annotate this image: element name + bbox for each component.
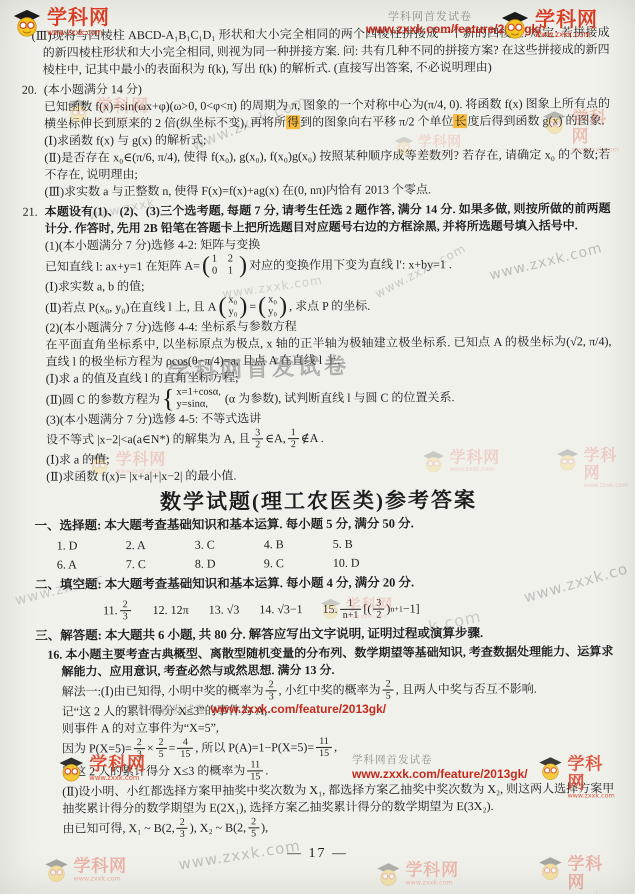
q21-option3-body: 设不等式 |x−2|<a(a∈N*) 的解集为 A, 且32∈A,12∉A . <box>46 425 612 451</box>
highlighted-char: 长 <box>453 114 467 128</box>
q16-l5-end: . <box>265 762 268 779</box>
vector-row: y₀ <box>268 306 277 318</box>
q16-part2-distributions: 由已知可得, X₁ ~ B(2,23), X₂ ~ B(2,25), <box>26 814 614 841</box>
vector-row: x₀ <box>228 294 237 306</box>
opt3-body-pre: 设不等式 |x−2|<a(a∈N*) 的解集为 A, 且 <box>46 430 250 448</box>
vector-x0y0: (x₀y₀) <box>258 294 287 318</box>
faint-logo-watermark: 学科网www.zxxk.com <box>374 860 459 889</box>
logo-site-url: www.zxxk.com <box>405 879 459 887</box>
equals-sign: = <box>169 740 176 757</box>
logo-brand-text: 学科网 <box>47 6 110 28</box>
question-20: 20. (本小题满分 14 分) 已知函数 f(x)=sin(ωx+φ)(ω>0… <box>22 78 611 201</box>
logo-brand-text: 学科网 <box>405 860 459 879</box>
answer-choice: 7. C <box>126 555 195 574</box>
highlighted-char: 得 <box>286 115 300 129</box>
question-19-part3: (Ⅲ)现将与四棱柱 ABCD-A₁B₁C₁D₁ 形状和大小完全相同的两个四棱柱拼… <box>22 24 610 79</box>
bee-mascot-icon <box>374 860 403 889</box>
fraction: 23 <box>266 679 277 702</box>
matrix-row: 1 2 <box>212 253 237 265</box>
vector-paren: ( <box>258 295 266 317</box>
scanned-exam-page: 学科网 www.zxxk.com 学科网首发试卷 www.zxxk.com/fe… <box>0 0 635 894</box>
fill-answer-14: 14. √3−1 <box>259 601 302 618</box>
fraction: 25 <box>383 679 394 702</box>
exam-text-body: (Ⅲ)现将与四棱柱 ABCD-A₁B₁C₁D₁ 形状和大小完全相同的两个四棱柱拼… <box>22 24 615 841</box>
header-slogan: 学科网首发试卷 <box>388 8 472 24</box>
times-sign: × <box>147 740 154 757</box>
q21-option3-part2: (Ⅱ)求函数 f(x)= |x+a|+|x−2| 的最小值. <box>46 465 612 485</box>
q21-option2-part2: (Ⅱ)圆 C 的参数方程为{x=1+cosα,y=sinα,(α 为参数), 试… <box>46 384 612 411</box>
q16-l4-end: , <box>334 739 337 756</box>
fill-answers-row: 11.23 12. 12π 13. √3 14. √3−1 15.1n+1[(3… <box>103 592 613 625</box>
system-row: x=1+cosα, <box>176 387 221 399</box>
fraction: 32 <box>252 427 263 450</box>
vector-paren: ) <box>279 295 287 317</box>
q20-body-post: 度后得到函数 g(x) 的图象. <box>467 113 604 128</box>
answer-choice: 1. D <box>57 536 126 555</box>
answer-choice: 10. D <box>333 553 402 572</box>
question-20-part2: (Ⅱ)是否存在 x₀∈(π/6, π/4), 使得 f(x₀), g(x₀), … <box>44 146 610 183</box>
matrix-A: (1 20 1) <box>202 253 247 277</box>
question-21: 21. 本题设有(1)、(2)、(3)三个选考题, 每题 7 分, 请考生任选 … <box>23 200 613 486</box>
question-20-number: 20. <box>22 82 37 99</box>
answer-choice: 8. D <box>195 554 264 573</box>
fill-answer-15: 15.1n+1[(32)n+1−1] <box>323 597 420 621</box>
question-20-part3: (Ⅲ)求实数 a 与正整数 n, 使得 F(x)=f(x)+ag(x) 在(0,… <box>44 180 610 200</box>
matrix-row: 0 1 <box>212 265 237 277</box>
fill-answer-13: 13. √3 <box>209 601 240 618</box>
q21-option2-body: 在平面直角坐标系中, 以坐标原点为极点, x 轴的正半轴为极轴建立极坐标系. 已… <box>45 333 611 370</box>
equals-sign: = <box>249 298 256 315</box>
system-row: y=sinα, <box>176 399 221 411</box>
fraction: 1n+1 <box>340 597 362 620</box>
fraction: 415 <box>177 737 193 760</box>
vector-x0y0: (x₀y₀) <box>218 294 247 318</box>
q16-part2-setup: (Ⅱ)设小明、小红都选择方案甲抽奖中奖次数为 X₁, 都选择方案乙抽奖中奖次数为… <box>26 780 614 818</box>
vector-paren: ( <box>218 296 226 318</box>
q16-sol-post: , 且两人中奖与否互不影响. <box>396 681 537 699</box>
question-21-number: 21. <box>23 204 38 221</box>
opt2-p2-post: (α 为参数), 试判断直线 l 与圆 C 的位置关系. <box>225 389 455 407</box>
fraction: 23 <box>177 817 188 840</box>
q16-sol-pre: 解法一:(Ⅰ)由已知得, 小明中奖的概率为 <box>62 682 264 700</box>
fraction: 1115 <box>247 759 263 782</box>
system-brace: { <box>162 387 175 411</box>
fill-answer-12: 12. 12π <box>153 601 189 618</box>
matrix-paren: ( <box>202 255 210 277</box>
section2-header: 二、填空题: 本大题考查基础知识和基本运算. 每小题 4 分, 满分 20 分. <box>35 573 613 594</box>
answer-choice: 5. B <box>333 534 402 553</box>
parametric-system: {x=1+cosα,y=sinα, <box>162 387 223 411</box>
fraction: 25 <box>248 816 259 839</box>
q16-intro: 16. 本小题主要考查古典概型、离散型随机变量的分布列、数学期望等基础知识, 考… <box>25 643 613 681</box>
matrix-paren: ) <box>239 254 247 276</box>
opt3-body-mid: ∈A, <box>265 430 286 447</box>
q16-l5-pre: 即这 2 人的累计得分 X≤3 的概率为 <box>62 762 245 780</box>
fraction: 32 <box>373 597 384 620</box>
fill-answer-11: 11.23 <box>103 599 133 622</box>
answer-choice: 4. B <box>264 535 333 554</box>
vector-paren: ) <box>239 295 247 317</box>
q21-option1-part2: (Ⅱ)若点 P(x₀, y₀)在直线 l 上, 且 A(x₀y₀)=(x₀y₀)… <box>45 292 611 319</box>
choice-answers-row2: 6. A 7. C 8. D 9. C 10. D <box>57 552 613 574</box>
fraction: 1115 <box>316 736 332 759</box>
opt1-body-pre: 已知直线 l: ax+y=1 在矩阵 A= <box>45 257 200 275</box>
q16-p2b-pre: 由已知可得, X₁ ~ B(2, <box>62 820 174 838</box>
opt3-body-post: ∉A . <box>301 430 324 447</box>
opt1-body-post: 对应的变换作用下变为直线 l′: x+by=1 . <box>249 256 452 274</box>
fraction: 23 <box>134 737 145 760</box>
opt1-p2-pre: (Ⅱ)若点 P(x₀, y₀)在直线 l 上, 且 A <box>45 298 216 316</box>
question-21-instructions: 本题设有(1)、(2)、(3)三个选考题, 每题 7 分, 请考生任选 2 题作… <box>45 200 611 237</box>
answer-choice: 2. A <box>126 536 195 555</box>
fraction: 25 <box>156 737 167 760</box>
opt1-p2-post: , 求点 P 的坐标. <box>289 297 370 314</box>
q16-p2b-end: ), <box>261 819 268 836</box>
q20-body-mid: 到的图象向右平移 π/2 个单位 <box>300 114 453 129</box>
page-number: — 17 — <box>0 846 635 862</box>
fraction: 23 <box>120 599 131 622</box>
q21-option1-body: 已知直线 l: ax+y=1 在矩阵 A=(1 20 1)对应的变换作用下变为直… <box>45 251 611 278</box>
q16-sol-mid: , 小红中奖的概率为 <box>279 682 381 700</box>
opt2-p2-pre: (Ⅱ)圆 C 的参数方程为 <box>46 390 160 408</box>
section1-header: 一、选择题: 本大题考查基础知识和基本运算. 每小题 5 分, 满分 50 分. <box>35 514 613 535</box>
question-20-body: 已知函数 f(x)=sin(ωx+φ)(ω>0, 0<φ<π) 的周期为 π, … <box>44 95 610 132</box>
answers-title: 数学试题(理工农医类)参考答案 <box>24 491 612 512</box>
answer-choice: 3. C <box>195 535 264 554</box>
vector-row: y₀ <box>228 306 237 318</box>
fraction: 12 <box>288 427 299 450</box>
answer-choice: 9. C <box>264 554 333 573</box>
q16-l4-pre: 因为 P(X=5)= <box>62 740 132 757</box>
logo-site-url: www.zxxk.com <box>73 875 127 883</box>
section3-header: 三、解答题: 本大题共 6 小题, 共 80 分. 解答应写出文字说明, 证明过… <box>35 624 613 645</box>
q16-l4-mid: , 所以 P(A)=1−P(X=5)= <box>195 739 314 757</box>
answer-choice: 6. A <box>57 555 126 574</box>
vector-row: x₀ <box>268 294 277 306</box>
q16-p2b-mid: ), X₂ ~ B(2, <box>190 819 246 836</box>
